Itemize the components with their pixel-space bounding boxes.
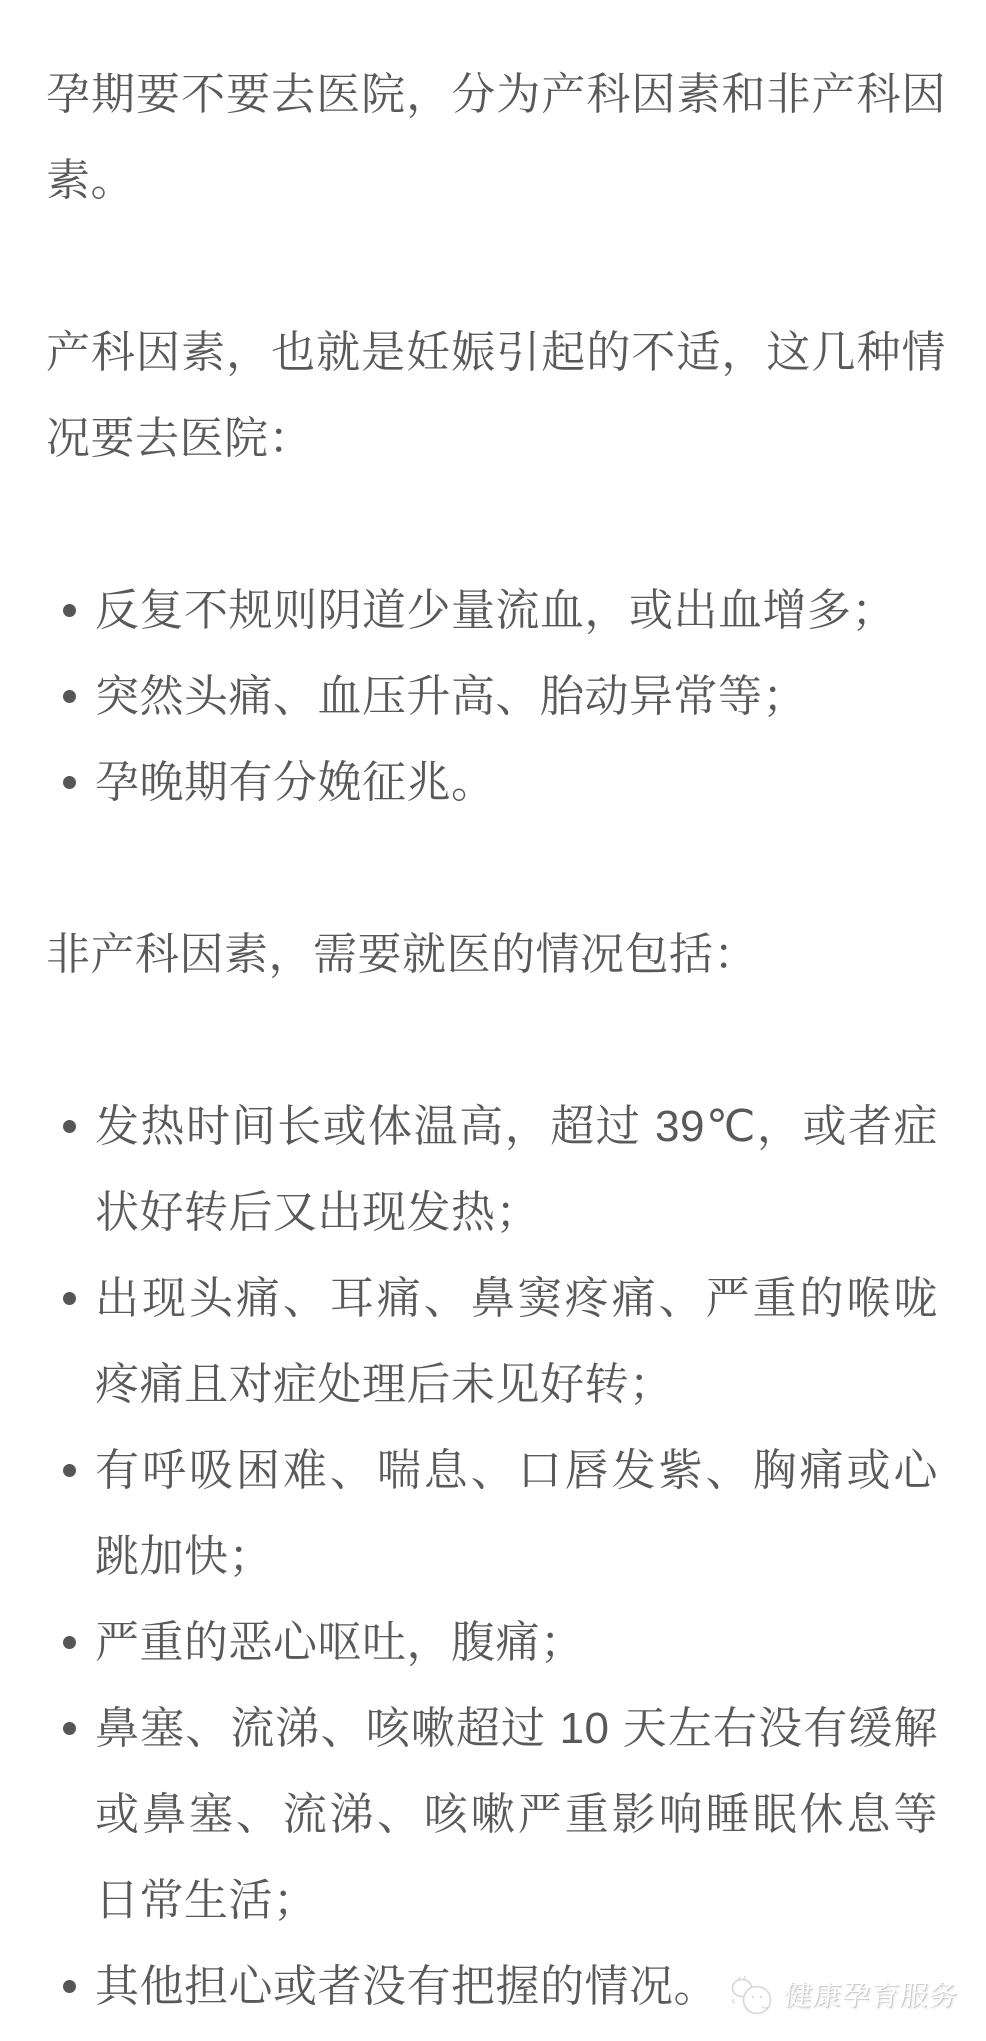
list-item: 反复不规则阴道少量流血，或出血增多； <box>46 568 946 654</box>
bullet-icon <box>63 690 76 703</box>
obstetric-intro-paragraph: 产科因素，也就是妊娠引起的不适，这几种情况要去医院： <box>46 310 946 482</box>
list-item-text: 鼻塞、流涕、咳嗽超过 10 天左右没有缓解或鼻塞、流涕、咳嗽严重影响睡眠休息等日… <box>95 1704 938 1925</box>
list-item: 突然头痛、血压升高、胎动异常等； <box>46 654 946 740</box>
article-page: 孕期要不要去医院，分为产科因素和非产科因素。 产科因素，也就是妊娠引起的不适，这… <box>0 0 986 2041</box>
list-item-text: 发热时间长或体温高，超过 39℃，或者症状好转后又出现发热； <box>95 1102 938 1237</box>
list-item: 有呼吸困难、喘息、口唇发紫、胸痛或心跳加快； <box>46 1428 946 1600</box>
list-item: 严重的恶心呕吐，腹痛； <box>46 1600 946 1686</box>
non-obstetric-intro-paragraph: 非产科因素，需要就医的情况包括： <box>46 912 946 998</box>
bullet-icon <box>63 776 76 789</box>
bullet-icon <box>63 1292 76 1305</box>
list-item-text: 突然头痛、血压升高、胎动异常等； <box>95 672 807 721</box>
bullet-icon <box>63 1464 76 1477</box>
list-item-text: 孕晚期有分娩征兆。 <box>95 758 496 807</box>
list-item-text: 有呼吸困难、喘息、口唇发紫、胸痛或心跳加快； <box>95 1446 938 1581</box>
bullet-icon <box>63 604 76 617</box>
list-item-text: 出现头痛、耳痛、鼻窦疼痛、严重的喉咙疼痛且对症处理后未见好转； <box>95 1274 938 1409</box>
list-item-text: 反复不规则阴道少量流血，或出血增多； <box>95 586 896 635</box>
list-item-text: 其他担心或者没有把握的情况。 <box>95 1962 718 2011</box>
non-obstetric-reasons-list: 发热时间长或体温高，超过 39℃，或者症状好转后又出现发热； 出现头痛、耳痛、鼻… <box>46 1084 946 2030</box>
list-item: 其他担心或者没有把握的情况。 <box>46 1944 946 2030</box>
list-item: 出现头痛、耳痛、鼻窦疼痛、严重的喉咙疼痛且对症处理后未见好转； <box>46 1256 946 1428</box>
bullet-icon <box>63 1722 76 1735</box>
list-item-text: 严重的恶心呕吐，腹痛； <box>95 1618 585 1667</box>
bullet-icon <box>63 1120 76 1133</box>
article-body: 孕期要不要去医院，分为产科因素和非产科因素。 产科因素，也就是妊娠引起的不适，这… <box>46 52 946 2030</box>
bullet-icon <box>63 1636 76 1649</box>
bullet-icon <box>63 1980 76 1993</box>
list-item: 鼻塞、流涕、咳嗽超过 10 天左右没有缓解或鼻塞、流涕、咳嗽严重影响睡眠休息等日… <box>46 1686 946 1944</box>
obstetric-reasons-list: 反复不规则阴道少量流血，或出血增多； 突然头痛、血压升高、胎动异常等； 孕晚期有… <box>46 568 946 826</box>
list-item: 发热时间长或体温高，超过 39℃，或者症状好转后又出现发热； <box>46 1084 946 1256</box>
intro-paragraph: 孕期要不要去医院，分为产科因素和非产科因素。 <box>46 52 946 224</box>
list-item: 孕晚期有分娩征兆。 <box>46 740 946 826</box>
